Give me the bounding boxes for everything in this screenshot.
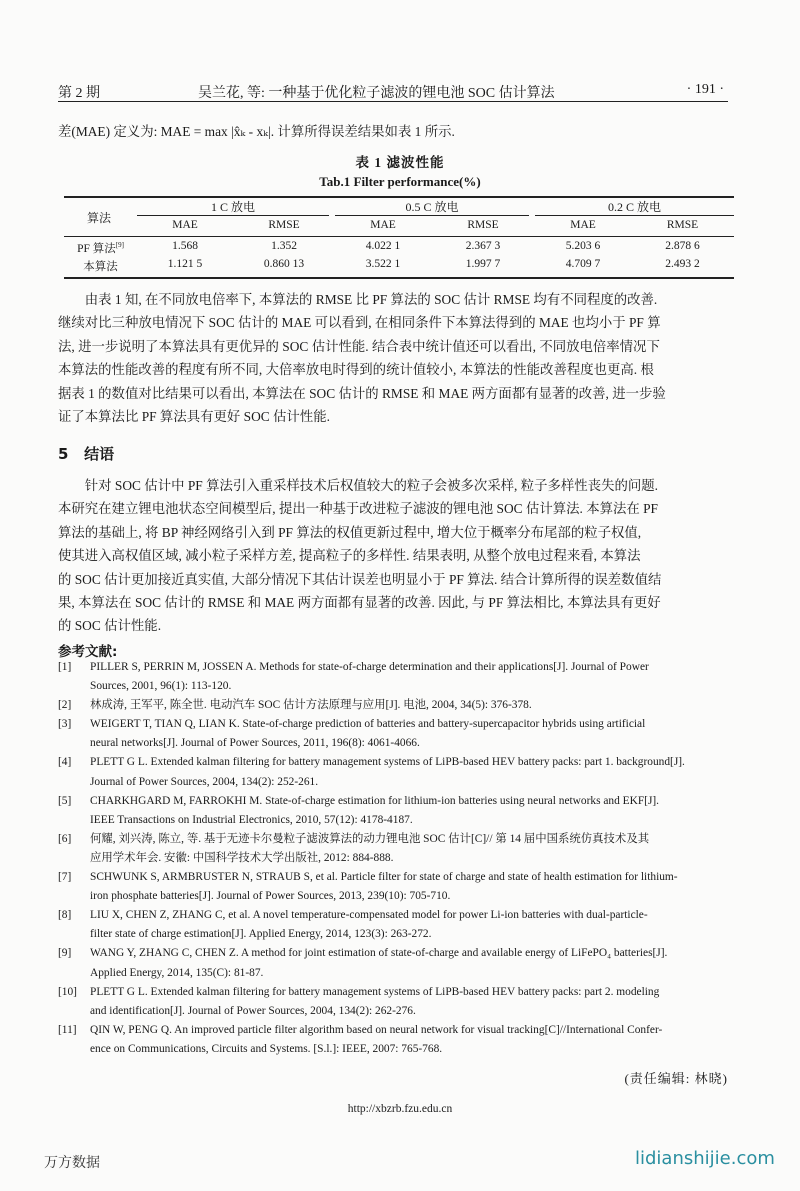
- reference-item: [6]何耀, 刘兴涛, 陈立, 等. 基于无迹卡尔曼粒子滤波算法的动力锂电池 S…: [58, 830, 734, 868]
- table-header-rule: [64, 236, 734, 237]
- group-rule-3: [535, 215, 734, 216]
- journal-url[interactable]: http://xbzrb.fzu.edu.cn: [0, 1103, 800, 1115]
- cell: 1.568: [137, 240, 233, 256]
- group-header-2: 0.5 C 放电: [335, 198, 529, 215]
- cell: 1.121 5: [137, 258, 233, 274]
- group-rule-2: [335, 215, 529, 216]
- running-header: 第 2 期 吴兰花, 等: 一种基于优化粒子滤波的锂电池 SOC 估计算法 · …: [58, 80, 724, 102]
- cell: 5.203 6: [535, 240, 631, 256]
- subheader-mae-3: MAE: [535, 219, 631, 231]
- subheader-row: MAE RMSE MAE RMSE MAE RMSE: [137, 219, 734, 231]
- reference-item: [11]QIN W, PENG Q. An improved particle …: [58, 1021, 734, 1059]
- reference-item: [9]WANG Y, ZHANG C, CHEN Z. A method for…: [58, 944, 734, 982]
- group-header-3: 0.2 C 放电: [535, 198, 734, 215]
- group-rule-1: [137, 215, 329, 216]
- reference-item: [10]PLETT G L. Extended kalman filtering…: [58, 983, 734, 1021]
- wanfang-mark: 万方数据: [44, 1152, 100, 1172]
- reference-item: [3]WEIGERT T, TIAN Q, LIAN K. State-of-c…: [58, 715, 734, 753]
- reference-item: [4]PLETT G L. Extended kalman filtering …: [58, 753, 734, 791]
- table-caption-en: Tab.1 Filter performance(%): [0, 174, 800, 190]
- reference-item: [5]CHARKHGARD M, FARROKHI M. State-of-ch…: [58, 792, 734, 830]
- cell: 2.493 2: [631, 258, 734, 274]
- cell: 4.022 1: [335, 240, 431, 256]
- editor-note: (责任编辑: 林晓): [624, 1068, 728, 1087]
- section-heading: 5 结语: [58, 443, 114, 464]
- subheader-mae-1: MAE: [137, 219, 233, 231]
- reference-item: [2]林成涛, 王军平, 陈全世. 电动汽车 SOC 估计方法原理与应用[J].…: [58, 696, 734, 715]
- subheader-mae-2: MAE: [335, 219, 431, 231]
- cell: 1.997 7: [431, 258, 535, 274]
- cell: 4.709 7: [535, 258, 631, 274]
- reference-item: [8]LIU X, CHEN Z, ZHANG C, et al. A nove…: [58, 906, 734, 944]
- header-rule: [58, 101, 728, 102]
- cell: 0.860 13: [233, 258, 335, 274]
- cell: 1.352: [233, 240, 335, 256]
- cell: 2.367 3: [431, 240, 535, 256]
- table-row: 本算法 1.121 5 0.860 13 3.522 1 1.997 7 4.7…: [64, 258, 734, 274]
- row-header-label: 算法: [87, 209, 111, 226]
- subheader-rmse-3: RMSE: [631, 219, 734, 231]
- cell: 3.522 1: [335, 258, 431, 274]
- row-label: PF 算法[9]: [64, 240, 137, 256]
- table-caption-cn: 表 1 滤波性能: [0, 151, 800, 171]
- references-heading: 参考文献:: [58, 640, 117, 660]
- issue-number: 第 2 期: [58, 82, 100, 102]
- reference-item: [1]PILLER S, PERRIN M, JOSSEN A. Methods…: [58, 658, 734, 696]
- row-header-cell: 算法: [64, 198, 134, 236]
- table-row: PF 算法[9] 1.568 1.352 4.022 1 2.367 3 5.2…: [64, 240, 734, 256]
- group-header-1: 1 C 放电: [137, 198, 329, 215]
- site-watermark: lidianshijie.com: [635, 1148, 775, 1169]
- subheader-rmse-2: RMSE: [431, 219, 535, 231]
- table-bottom-rule: [64, 277, 734, 279]
- discussion-paragraph: 由表 1 知, 在不同放电倍率下, 本算法的 RMSE 比 PF 算法的 SOC…: [58, 288, 734, 428]
- subheader-rmse-1: RMSE: [233, 219, 335, 231]
- reference-list: [1]PILLER S, PERRIN M, JOSSEN A. Methods…: [58, 658, 734, 1059]
- cell: 2.878 6: [631, 240, 734, 256]
- intro-line: 差(MAE) 定义为: MAE = max |x̂ₖ - xₖ|. 计算所得误差…: [58, 122, 455, 142]
- row-label: 本算法: [64, 258, 137, 274]
- page-number: · 191 ·: [687, 82, 724, 98]
- running-title: 吴兰花, 等: 一种基于优化粒子滤波的锂电池 SOC 估计算法: [198, 82, 555, 102]
- reference-item: [7]SCHWUNK S, ARMBRUSTER N, STRAUB S, et…: [58, 868, 734, 906]
- conclusion-paragraph: 针对 SOC 估计中 PF 算法引入重采样技术后权值较大的粒子会被多次采样, 粒…: [58, 474, 734, 638]
